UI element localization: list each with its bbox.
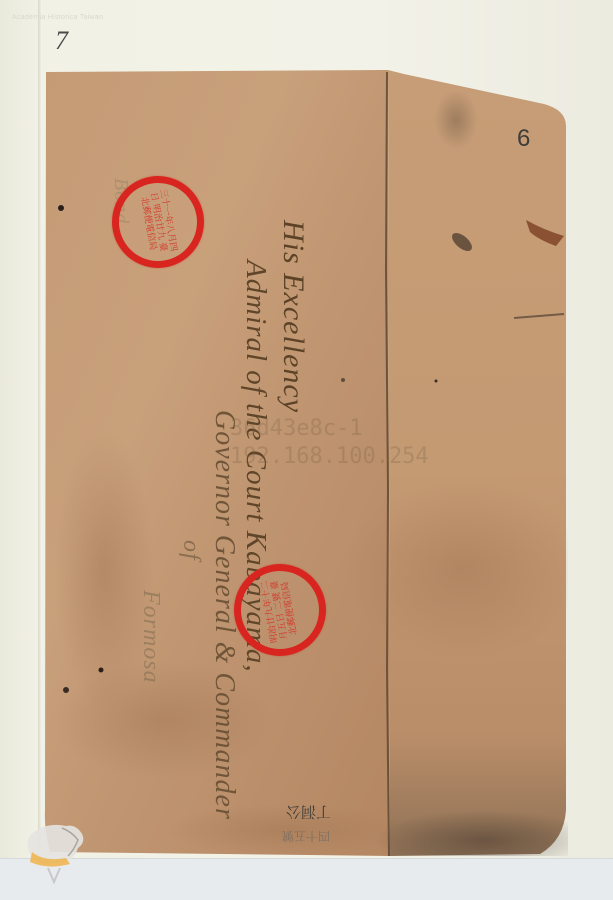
pencil-annotation: 四十五號 <box>282 828 330 845</box>
pencil-annotation: 丁洞公 <box>286 802 331 823</box>
watermark-line-2: 192.168.100.254 <box>230 444 429 469</box>
mount-page-number: 7 <box>55 26 68 56</box>
address-line-5: Formosa <box>137 590 164 684</box>
postmark-text: 明治廿九年十二月五日 二號 臺北郵便電信局 <box>260 576 301 644</box>
address-line-4: of <box>177 540 204 561</box>
watermark: 36d43e8c-1 192.168.100.254 <box>230 415 429 471</box>
mount-caption: Academia Historica Taiwan <box>12 14 103 21</box>
mount-fold-line <box>38 0 42 860</box>
envelope-page-number: 6 <box>517 125 530 153</box>
archive-logo-icon <box>14 822 94 888</box>
postmark-text: 三十一年八月四日 明治廿九 臺北郵便電信局 <box>138 188 179 256</box>
address-line-1: His Excellency <box>276 220 310 413</box>
watermark-line-1: 36d43e8c-1 <box>230 416 362 441</box>
